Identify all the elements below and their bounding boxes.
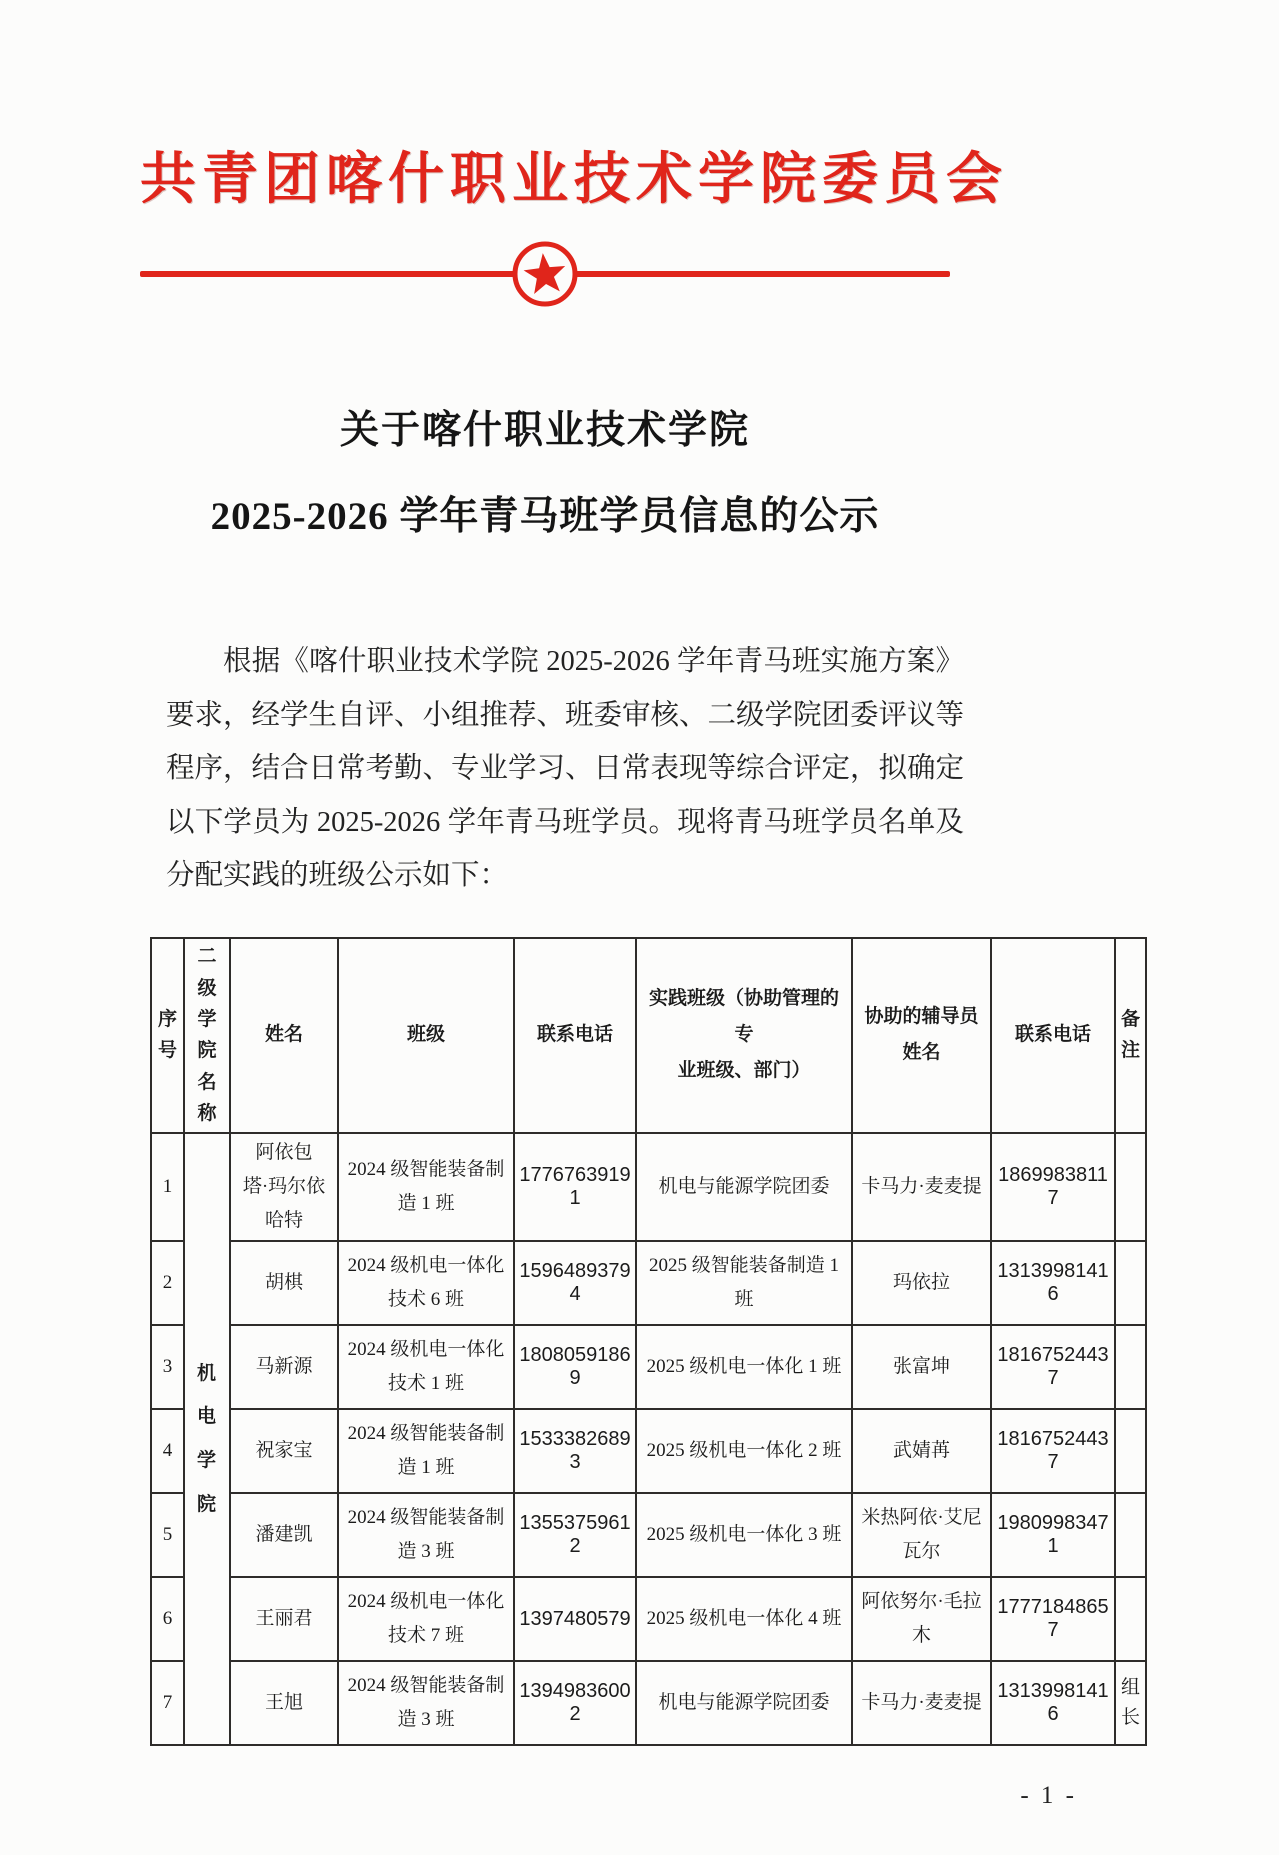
- cell-phone: 15333826893: [514, 1409, 636, 1493]
- col-header-name: 姓名: [230, 938, 338, 1133]
- page-number: - 1 -: [1020, 1782, 1077, 1810]
- table-row: 1 机 电 学 院 阿依包 塔·玛尔依 哈特 2024 级智能装备制 造 1 班…: [151, 1133, 1146, 1242]
- cell-counselor: 阿依努尔·毛拉 木: [852, 1577, 991, 1661]
- cell-counselor: 米热阿依·艾尼 瓦尔: [852, 1493, 991, 1577]
- cell-counselor-phone: 18167524437: [991, 1325, 1115, 1409]
- cell-class: 2024 级智能装备制 造 1 班: [338, 1133, 514, 1242]
- cell-phone: 13553759612: [514, 1493, 636, 1577]
- cell-class: 2024 级机电一体化 技术 6 班: [338, 1241, 514, 1325]
- cell-remark: [1115, 1133, 1146, 1242]
- cell-remark: [1115, 1409, 1146, 1493]
- cell-name: 王旭: [230, 1661, 338, 1745]
- cell-practice-class: 2025 级机电一体化 2 班: [636, 1409, 852, 1493]
- cell-counselor: 玛依拉: [852, 1241, 991, 1325]
- cell-name: 祝家宝: [230, 1409, 338, 1493]
- cell-counselor: 卡马力·麦麦提: [852, 1661, 991, 1745]
- cell-practice-class: 2025 级机电一体化 4 班: [636, 1577, 852, 1661]
- cell-phone: 17767639191: [514, 1133, 636, 1242]
- cell-name: 胡棋: [230, 1241, 338, 1325]
- star-in-circle-icon: [509, 238, 581, 310]
- table-row: 3 马新源 2024 级机电一体化 技术 1 班 18080591869 202…: [151, 1325, 1146, 1409]
- cell-college-merged: 机 电 学 院: [184, 1133, 230, 1746]
- cell-index: 2: [151, 1241, 184, 1325]
- table-row: 7 王旭 2024 级智能装备制 造 3 班 13949836002 机电与能源…: [151, 1661, 1146, 1745]
- cell-counselor: 张富坤: [852, 1325, 991, 1409]
- document-title-line1: 关于喀什职业技术学院: [140, 406, 950, 457]
- cell-practice-class: 机电与能源学院团委: [636, 1661, 852, 1745]
- col-header-counselor-phone: 联系电话: [991, 938, 1115, 1133]
- cell-remark: [1115, 1241, 1146, 1325]
- cell-phone: 1397480579: [514, 1577, 636, 1661]
- letterhead-org-title: 共青团喀什职业技术学院委员会: [140, 150, 950, 212]
- table-row: 2 胡棋 2024 级机电一体化 技术 6 班 15964893794 2025…: [151, 1241, 1146, 1325]
- cell-phone: 18080591869: [514, 1325, 636, 1409]
- col-header-index: 序 号: [151, 938, 184, 1133]
- cell-name: 潘建凯: [230, 1493, 338, 1577]
- cell-name: 王丽君: [230, 1577, 338, 1661]
- cell-class: 2024 级智能装备制 造 1 班: [338, 1409, 514, 1493]
- body-paragraph: 根据《喀什职业技术学院 2025-2026 学年青马班实施方案》要求，经学生自评…: [166, 635, 964, 903]
- col-header-class: 班级: [338, 938, 514, 1133]
- col-header-counselor: 协助的辅导员 姓名: [852, 938, 991, 1133]
- cell-index: 3: [151, 1325, 184, 1409]
- cell-counselor: 卡马力·麦麦提: [852, 1133, 991, 1242]
- table-row: 4 祝家宝 2024 级智能装备制 造 1 班 15333826893 2025…: [151, 1409, 1146, 1493]
- cell-counselor-phone: 17771848657: [991, 1577, 1115, 1661]
- table-header-row: 序 号 二 级 学 院 名 称 姓名 班级 联系电话 实践班级（协助管理的专 业…: [151, 938, 1146, 1133]
- col-header-phone: 联系电话: [514, 938, 636, 1133]
- cell-remark: [1115, 1493, 1146, 1577]
- cell-index: 6: [151, 1577, 184, 1661]
- letterhead-divider: [140, 238, 950, 310]
- cell-counselor-phone: 19809983471: [991, 1493, 1115, 1577]
- cell-counselor-phone: 13139981416: [991, 1661, 1115, 1745]
- col-header-college: 二 级 学 院 名 称: [184, 938, 230, 1133]
- cell-index: 7: [151, 1661, 184, 1745]
- cell-counselor-phone: 13139981416: [991, 1241, 1115, 1325]
- table-row: 6 王丽君 2024 级机电一体化 技术 7 班 1397480579 2025…: [151, 1577, 1146, 1661]
- cell-remark: 组 长: [1115, 1661, 1146, 1745]
- cell-counselor-phone: 18167524437: [991, 1409, 1115, 1493]
- cell-practice-class: 2025 级机电一体化 3 班: [636, 1493, 852, 1577]
- cell-class: 2024 级智能装备制 造 3 班: [338, 1661, 514, 1745]
- cell-practice-class: 机电与能源学院团委: [636, 1133, 852, 1242]
- cell-index: 5: [151, 1493, 184, 1577]
- col-header-remark: 备 注: [1115, 938, 1146, 1133]
- table-row: 5 潘建凯 2024 级智能装备制 造 3 班 13553759612 2025…: [151, 1493, 1146, 1577]
- document-title-line2: 2025-2026 学年青马班学员信息的公示: [140, 492, 950, 543]
- cell-name: 马新源: [230, 1325, 338, 1409]
- cell-practice-class: 2025 级智能装备制造 1 班: [636, 1241, 852, 1325]
- cell-remark: [1115, 1325, 1146, 1409]
- cell-phone: 13949836002: [514, 1661, 636, 1745]
- document-page: 共青团喀什职业技术学院委员会 关于喀什职业技术学院 2025-2026 学年青马…: [0, 0, 1279, 1855]
- cell-index: 1: [151, 1133, 184, 1242]
- cell-phone: 15964893794: [514, 1241, 636, 1325]
- student-roster-table: 序 号 二 级 学 院 名 称 姓名 班级 联系电话 实践班级（协助管理的专 业…: [150, 937, 1147, 1747]
- cell-counselor: 武婧苒: [852, 1409, 991, 1493]
- col-header-practice-class: 实践班级（协助管理的专 业班级、部门）: [636, 938, 852, 1133]
- cell-name: 阿依包 塔·玛尔依 哈特: [230, 1133, 338, 1242]
- cell-practice-class: 2025 级机电一体化 1 班: [636, 1325, 852, 1409]
- cell-class: 2024 级智能装备制 造 3 班: [338, 1493, 514, 1577]
- cell-index: 4: [151, 1409, 184, 1493]
- cell-class: 2024 级机电一体化 技术 1 班: [338, 1325, 514, 1409]
- cell-counselor-phone: 18699838117: [991, 1133, 1115, 1242]
- cell-class: 2024 级机电一体化 技术 7 班: [338, 1577, 514, 1661]
- cell-remark: [1115, 1577, 1146, 1661]
